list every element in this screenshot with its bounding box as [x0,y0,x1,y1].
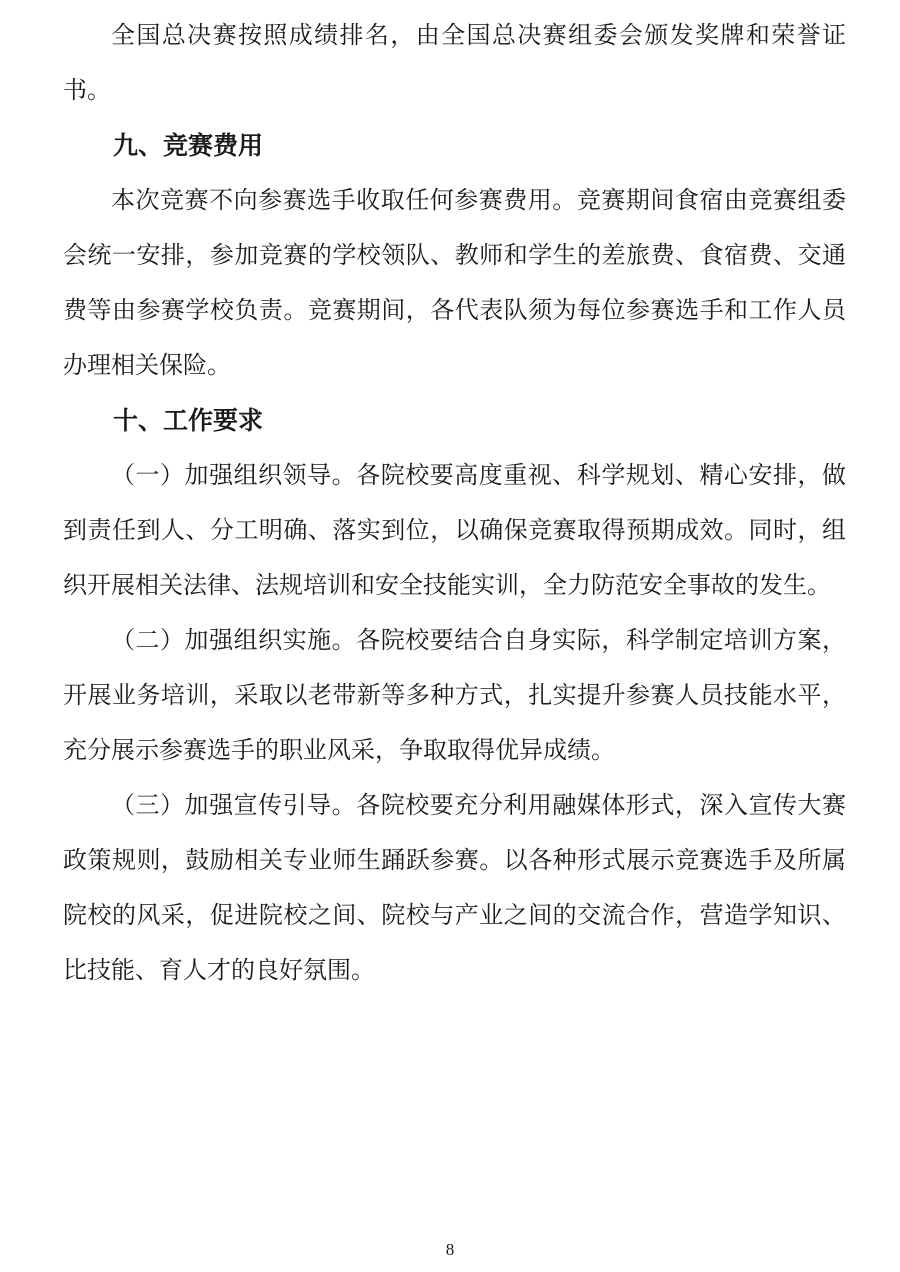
section-heading-work-requirements: 十、工作要求 [63,394,846,449]
paragraph-national-finals-awards: 全国总决赛按照成绩排名，由全国总决赛组委会颁发奖牌和荣誉证书。 [63,9,846,119]
section-heading-competition-fees: 九、竞赛费用 [63,119,846,174]
document-page: 全国总决赛按照成绩排名，由全国总决赛组委会颁发奖牌和荣誉证书。 九、竞赛费用 本… [0,0,900,1272]
paragraph-work-requirement-3-publicity-guidance: （三）加强宣传引导。各院校要充分利用融媒体形式，深入宣传大赛政策规则，鼓励相关专… [63,779,846,999]
paragraph-work-requirement-1-organization-leadership: （一）加强组织领导。各院校要高度重视、科学规划、精心安排，做到责任到人、分工明确… [63,449,846,614]
paragraph-competition-fees: 本次竞赛不向参赛选手收取任何参赛费用。竞赛期间食宿由竞赛组委会统一安排，参加竞赛… [63,174,846,394]
document-body: 全国总决赛按照成绩排名，由全国总决赛组委会颁发奖牌和荣誉证书。 九、竞赛费用 本… [63,9,846,999]
page-number: 8 [446,1240,455,1259]
paragraph-work-requirement-2-organization-implementation: （二）加强组织实施。各院校要结合自身实际，科学制定培训方案，开展业务培训，采取以… [63,614,846,779]
page-footer: 8 [0,1240,900,1260]
